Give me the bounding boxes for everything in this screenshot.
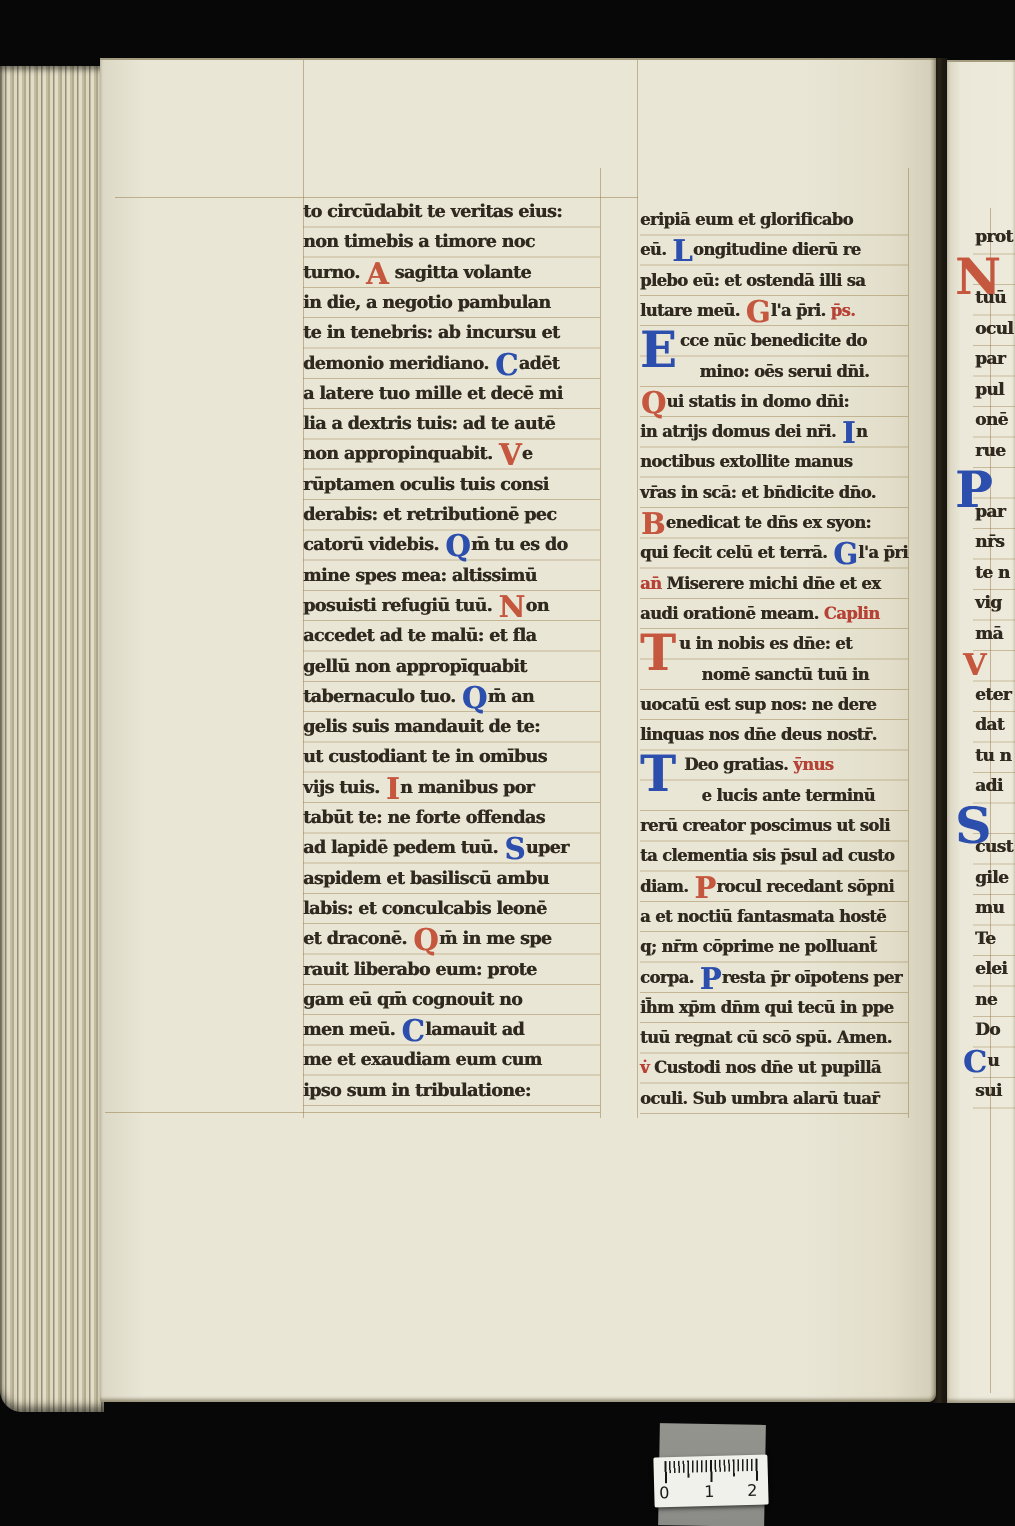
ruling-vertical xyxy=(600,168,601,1118)
ruler-label-1: 1 xyxy=(704,1482,715,1501)
text-line: mine spes mea: altissimū xyxy=(303,561,537,591)
text-segment: m̄ tu es do xyxy=(471,534,567,555)
text-segment: qui fecit celū et terrā. xyxy=(640,543,832,563)
text-segment: men meū. xyxy=(303,1019,401,1040)
text-segment: n xyxy=(856,422,867,442)
text-line: ut custodiant te in omībus xyxy=(303,742,547,772)
text-segment: pul xyxy=(975,380,1004,400)
text-line: nomē sanctū tuū in xyxy=(640,660,869,690)
text-line: T Deo gratias. ȳnus xyxy=(640,750,833,780)
text-segment: par xyxy=(975,502,1005,522)
text-segment: me et exaudiam eum cum xyxy=(303,1049,542,1070)
text-segment: e xyxy=(522,443,533,464)
manuscript-photo: to circūdabit te veritas eius:non timebi… xyxy=(0,0,1015,1526)
text-segment: sui xyxy=(975,1081,1002,1101)
text-line: eripiā eum et glorificabo xyxy=(640,205,853,235)
text-segment: tu n xyxy=(975,746,1011,766)
text-line: v̇ Custodi nos dn̄e ut pupillā xyxy=(640,1053,881,1083)
text-line: catorū videbis. Qm̄ tu es do xyxy=(303,530,567,560)
text-line: Ecce nūc benedicite do xyxy=(640,326,867,356)
text-line: uocatū est sup nos: ne dere xyxy=(640,690,876,720)
text-segment: gile xyxy=(975,868,1008,888)
text-segment: gelis suis mandauit de te: xyxy=(303,716,540,737)
text-line: mu xyxy=(975,893,1004,923)
text-line: dat xyxy=(975,710,1004,740)
text-line: me et exaudiam eum cum xyxy=(303,1045,542,1075)
page-edge-stack xyxy=(0,66,104,1412)
ruling-vertical xyxy=(908,168,909,1118)
illuminated-initial: P xyxy=(700,963,721,993)
text-segment: non appropinquabit. xyxy=(303,443,498,464)
text-segment: in atrijs domus dei nr̄i. xyxy=(640,422,841,442)
text-line: ih̄m xp̄m dn̄m qui tecū in ppe xyxy=(640,993,893,1023)
text-line: pul xyxy=(975,375,1004,405)
text-segment: oculi. Sub umbra alarū tuar̄ xyxy=(640,1089,879,1109)
text-line: to circūdabit te veritas eius: xyxy=(303,197,562,227)
text-line: corpa. Presta p̄r oīpotens per xyxy=(640,963,902,993)
text-segment: corpa. xyxy=(640,968,699,988)
text-segment: tuū xyxy=(975,288,1006,308)
illuminated-initial: S xyxy=(955,802,991,832)
text-line: gelis suis mandauit de te: xyxy=(303,712,540,742)
text-segment: onē xyxy=(975,410,1008,430)
text-line: V xyxy=(975,649,987,679)
text-segment: Custodi nos dn̄e ut pupillā xyxy=(654,1058,881,1078)
text-segment: m̄ an xyxy=(488,686,534,707)
text-segment: labis: et conculcabis leonē xyxy=(303,898,547,919)
text-segment: cce nūc benedicite do xyxy=(680,331,867,351)
text-line: S xyxy=(975,802,995,832)
text-segment: uocatū est sup nos: ne dere xyxy=(640,695,876,715)
text-line: diam. Procul recedant sōpni xyxy=(640,872,894,902)
illuminated-initial: B xyxy=(641,508,665,538)
text-segment: tabernaculo tuo. xyxy=(303,686,461,707)
text-line: q; nr̄m cōprime ne polluant̄ xyxy=(640,932,876,962)
text-segment: ne xyxy=(975,990,997,1010)
text-line: vr̄as in scā: et bn̄dicite dn̄o. xyxy=(640,478,876,508)
text-line: gile xyxy=(975,863,1008,893)
text-line: turno. A sagitta volante xyxy=(303,258,531,288)
text-segment: mu xyxy=(975,898,1004,918)
text-line: Do xyxy=(975,1015,1000,1045)
text-segment: te n xyxy=(975,563,1010,583)
illuminated-initial: I xyxy=(842,417,855,447)
text-segment: nr̄s xyxy=(975,532,1004,552)
text-segment: et draconē. xyxy=(303,928,412,949)
text-line: tu n xyxy=(975,741,1011,771)
text-segment: lia a dextris tuis: ad te autē xyxy=(303,413,555,434)
text-segment: l'a p̄ri. xyxy=(771,301,831,321)
text-line: a latere tuo mille et decē mi xyxy=(303,379,563,409)
text-segment: an̄ xyxy=(640,574,666,594)
ruling-horizontal xyxy=(105,1112,600,1113)
text-segment: Te xyxy=(975,929,995,949)
text-line: ta clementia sis p̄sul ad custo xyxy=(640,841,894,871)
text-line: qui fecit celū et terrā. Gl'a p̄ri xyxy=(640,538,908,568)
illuminated-initial: N xyxy=(955,253,1000,283)
text-segment: nomē sanctū tuū in xyxy=(701,665,868,685)
text-segment: eripiā eum et glorificabo xyxy=(640,210,853,230)
illuminated-initial: T xyxy=(640,750,675,780)
text-segment: vr̄as in scā: et bn̄dicite dn̄o. xyxy=(640,483,876,503)
ruler-label-2: 2 xyxy=(747,1481,758,1500)
text-segment: rue xyxy=(975,441,1005,461)
text-line: plebo eū: et ostendā illi sa xyxy=(640,266,865,296)
text-line: eū. Longitudine dierū re xyxy=(640,235,860,265)
text-line: e lucis ante terminū xyxy=(640,781,875,811)
text-segment: diam. xyxy=(640,877,693,897)
text-segment: rocul recedant sōpni xyxy=(716,877,894,897)
text-segment: vig xyxy=(975,593,1001,613)
text-segment: uper xyxy=(526,837,569,858)
text-line: ocul xyxy=(975,314,1013,344)
text-line: an̄ Miserere michi dn̄e et ex xyxy=(640,569,880,599)
text-line: Tu in nobis es dn̄e: et xyxy=(640,629,852,659)
text-segment: catorū videbis. xyxy=(303,534,444,555)
text-line: in die, a negotio pambulan xyxy=(303,288,550,318)
text-segment: enedicat te dn̄s ex syon: xyxy=(666,513,871,533)
text-segment: m̄ in me spe xyxy=(439,928,551,949)
text-segment: Do xyxy=(975,1020,1000,1040)
text-segment: l'a p̄ri xyxy=(858,543,908,563)
text-line: sui xyxy=(975,1076,1002,1106)
text-line: elei xyxy=(975,954,1007,984)
text-line: ne xyxy=(975,985,997,1015)
centimeter-ruler: 0 1 2 xyxy=(653,1455,768,1508)
text-segment: ad lapidē pedem tuū. xyxy=(303,837,503,858)
ruler-ticks-cm xyxy=(664,1459,762,1484)
text-segment: rūptamen oculis tuis consi xyxy=(303,474,549,495)
text-segment: ocul xyxy=(975,319,1013,339)
illuminated-initial: Q xyxy=(462,682,487,712)
text-segment: a latere tuo mille et decē mi xyxy=(303,383,563,404)
text-segment: Deo gratias. xyxy=(679,755,793,775)
text-line: cust xyxy=(975,832,1013,862)
text-segment: u in nobis es dn̄e: et xyxy=(679,634,852,654)
text-segment: non timebis a timore noc xyxy=(303,231,535,252)
text-line: demonio meridiano. Cadēt xyxy=(303,349,559,379)
text-line: rūptamen oculis tuis consi xyxy=(303,470,549,500)
text-line: tabernaculo tuo. Qm̄ an xyxy=(303,682,534,712)
text-segment: e lucis ante terminū xyxy=(701,786,874,806)
text-segment: gellū non appropīquabit xyxy=(303,656,527,677)
text-segment: derabis: et retributionē pec xyxy=(303,504,556,525)
text-line: nr̄s xyxy=(975,527,1004,557)
text-segment: ta clementia sis p̄sul ad custo xyxy=(640,846,894,866)
text-segment: par xyxy=(975,349,1005,369)
text-segment: a et noctiū fantasmata hostē xyxy=(640,907,886,927)
illuminated-initial: V xyxy=(499,439,521,469)
text-segment: adēt xyxy=(519,353,559,374)
text-segment: Caplin xyxy=(824,604,880,624)
text-segment: to circūdabit te veritas eius: xyxy=(303,201,562,222)
text-line: oculi. Sub umbra alarū tuar̄ xyxy=(640,1084,879,1114)
text-segment: lamauit ad xyxy=(425,1019,524,1040)
text-line: non appropinquabit. Ve xyxy=(303,439,532,469)
text-segment: te in tenebris: ab incursu et xyxy=(303,322,559,343)
text-line: et draconē. Qm̄ in me spe xyxy=(303,924,551,954)
text-segment: resta p̄r oīpotens per xyxy=(722,968,902,988)
illuminated-initial: G xyxy=(746,296,770,326)
illuminated-initial: Q xyxy=(445,530,470,560)
illuminated-initial: P xyxy=(694,872,715,902)
text-line: lia a dextris tuis: ad te autē xyxy=(303,409,555,439)
ruling-vertical xyxy=(637,60,638,1118)
ruler-label-0: 0 xyxy=(659,1483,670,1502)
text-line: aspidem et basiliscū ambu xyxy=(303,864,549,894)
text-line: mā xyxy=(975,619,1003,649)
text-line: audi orationē meam. Caplin xyxy=(640,599,879,629)
text-segment: posuisti refugiū tuū. xyxy=(303,595,498,616)
text-segment: in die, a negotio pambulan xyxy=(303,292,550,313)
text-line: ad lapidē pedem tuū. Super xyxy=(303,833,569,863)
text-segment: lutare meū. xyxy=(640,301,745,321)
text-segment: dat xyxy=(975,715,1004,735)
text-line: ipso sum in tribulatione: xyxy=(303,1076,531,1106)
text-segment: ongitudine dierū re xyxy=(693,240,860,260)
text-segment: demonio meridiano. xyxy=(303,353,494,374)
text-segment: vijs tuis. xyxy=(303,777,385,798)
text-segment: prot xyxy=(975,227,1013,247)
text-line: Te xyxy=(975,924,995,954)
text-segment: tuū regnat cū scō spū. Amen. xyxy=(640,1028,892,1048)
text-segment: sagitta volante xyxy=(389,262,531,283)
text-segment: ui statis in domo dn̄i: xyxy=(666,392,848,412)
illuminated-initial: I xyxy=(386,773,399,803)
text-line: P xyxy=(975,466,996,496)
text-segment: linquas nos dn̄e deus nostr̄. xyxy=(640,725,877,745)
text-segment: q; nr̄m cōprime ne polluant̄ xyxy=(640,937,876,957)
illuminated-initial: L xyxy=(672,235,692,265)
text-line: vijs tuis. In manibus por xyxy=(303,773,534,803)
text-line: eter xyxy=(975,680,1011,710)
text-segment: p̄s. xyxy=(831,301,856,321)
text-line: vig xyxy=(975,588,1001,618)
text-line: posuisti refugiū tuū. Non xyxy=(303,591,549,621)
text-segment: ȳnus xyxy=(793,755,833,775)
text-line: te n xyxy=(975,558,1010,588)
text-segment: ut custodiant te in omībus xyxy=(303,746,547,767)
text-line: Benedicat te dn̄s ex syon: xyxy=(640,508,871,538)
text-line: rerū creator poscimus ut soli xyxy=(640,811,890,841)
text-line: non timebis a timore noc xyxy=(303,227,535,257)
text-line: N xyxy=(975,253,1004,283)
text-segment: Miserere michi dn̄e et ex xyxy=(666,574,880,594)
text-segment: noctibus extollite manus xyxy=(640,452,852,472)
text-line: men meū. Clamauit ad xyxy=(303,1015,524,1045)
illuminated-initial: C xyxy=(963,1046,986,1076)
illuminated-initial: T xyxy=(640,629,675,659)
text-line: Cu xyxy=(975,1046,999,1076)
illuminated-initial: N xyxy=(499,591,525,621)
text-segment: turno. xyxy=(303,262,365,283)
gutter-shadow xyxy=(930,58,947,1403)
text-segment: rauit liberabo eum: prote xyxy=(303,959,536,980)
text-segment: eter xyxy=(975,685,1011,705)
text-line: a et noctiū fantasmata hostē xyxy=(640,902,886,932)
text-segment: eū. xyxy=(640,240,671,260)
text-line: tabūt te: ne forte offendas xyxy=(303,803,545,833)
illuminated-initial: A xyxy=(366,258,388,288)
text-segment: on xyxy=(526,595,549,616)
illuminated-initial: C xyxy=(495,349,518,379)
text-segment: accedet ad te malū: et fla xyxy=(303,625,536,646)
text-line: par xyxy=(975,344,1005,374)
illuminated-initial: Q xyxy=(641,387,666,417)
illuminated-initial: C xyxy=(402,1015,425,1045)
text-segment: ih̄m xp̄m dn̄m qui tecū in ppe xyxy=(640,998,893,1018)
text-line: gellū non appropīquabit xyxy=(303,652,527,682)
text-segment: aspidem et basiliscū ambu xyxy=(303,868,549,889)
text-line: derabis: et retributionē pec xyxy=(303,500,556,530)
text-segment: mā xyxy=(975,624,1003,644)
text-segment: u xyxy=(987,1051,999,1071)
text-line: par xyxy=(975,497,1005,527)
text-line: Qui statis in domo dn̄i: xyxy=(640,387,849,417)
text-line: rauit liberabo eum: prote xyxy=(303,955,536,985)
text-line: mino: oēs serui dn̄i. xyxy=(640,357,869,387)
text-segment: ipso sum in tribulatione: xyxy=(303,1080,531,1101)
text-segment: tabūt te: ne forte offendas xyxy=(303,807,545,828)
illuminated-initial: E xyxy=(640,326,676,356)
text-line: noctibus extollite manus xyxy=(640,447,852,477)
text-segment: rerū creator poscimus ut soli xyxy=(640,816,890,836)
illuminated-initial: P xyxy=(955,466,992,496)
text-line: in atrijs domus dei nr̄i. In xyxy=(640,417,867,447)
text-segment: audi orationē meam. xyxy=(640,604,824,624)
illuminated-initial: V xyxy=(963,649,986,679)
illuminated-initial: Q xyxy=(413,924,438,954)
text-line: te in tenebris: ab incursu et xyxy=(303,318,559,348)
text-segment: cust xyxy=(975,837,1013,857)
text-line: labis: et conculcabis leonē xyxy=(303,894,547,924)
text-segment: v̇ xyxy=(640,1058,654,1078)
text-line: tuū regnat cū scō spū. Amen. xyxy=(640,1023,892,1053)
text-segment: n manibus por xyxy=(400,777,534,798)
text-line: onē xyxy=(975,405,1008,435)
text-line: accedet ad te malū: et fla xyxy=(303,621,536,651)
text-line: tuū xyxy=(975,283,1006,313)
text-segment: elei xyxy=(975,959,1007,979)
text-segment: adi xyxy=(975,776,1003,796)
text-segment: gam eū qm̄ cognouit no xyxy=(303,989,522,1010)
text-segment: mino: oēs serui dn̄i. xyxy=(700,362,870,382)
text-line: gam eū qm̄ cognouit no xyxy=(303,985,522,1015)
text-segment: plebo eū: et ostendā illi sa xyxy=(640,271,865,291)
text-segment: mine spes mea: altissimū xyxy=(303,565,537,586)
illuminated-initial: S xyxy=(504,833,524,863)
illuminated-initial: G xyxy=(833,538,857,568)
